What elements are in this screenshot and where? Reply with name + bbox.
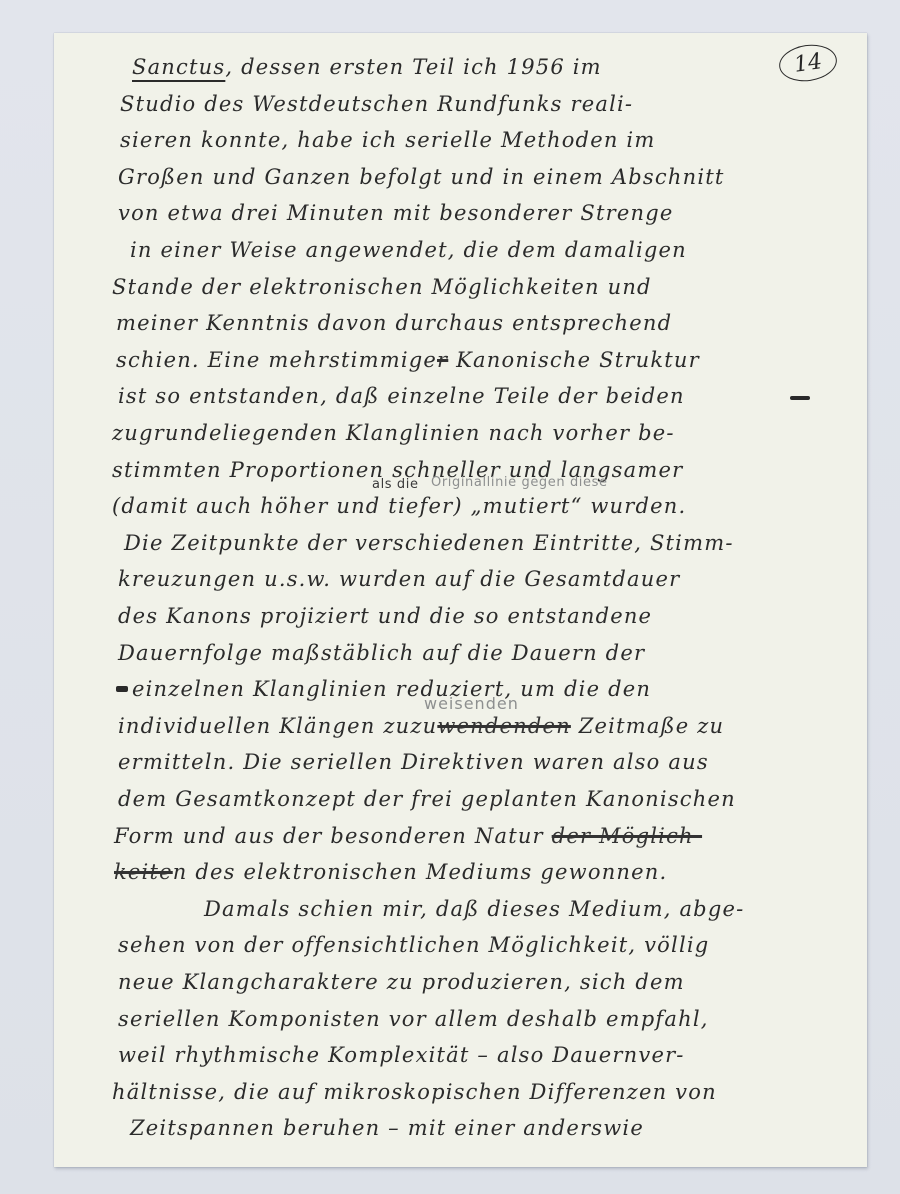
line-text: seriellen Komponisten vor allem deshalb … (118, 1007, 709, 1031)
line-text: hältnisse, die auf mikroskopischen Diffe… (112, 1080, 717, 1104)
struck-text: wendenden (437, 714, 571, 738)
manuscript-line-2: Studio des Westdeutschen Rundfunks reali… (120, 92, 633, 116)
line-text: neue Klangcharaktere zu produzieren, sic… (118, 970, 685, 994)
manuscript-line-28: weil rhythmische Komplexität – also Daue… (118, 1043, 685, 1067)
manuscript-line-27: seriellen Komponisten vor allem deshalb … (118, 1007, 709, 1031)
manuscript-line-10: ist so entstanden, daß einzelne Teile de… (118, 384, 685, 408)
pencil-correction: weisenden (424, 694, 519, 713)
line-text: Zeitmaße zu (571, 714, 724, 738)
manuscript-line-26: neue Klangcharaktere zu produzieren, sic… (118, 970, 685, 994)
manuscript-line-7: Stande der elektronischen Möglichkeiten … (112, 275, 652, 299)
line-text: ist so entstanden, daß einzelne Teile de… (118, 384, 685, 408)
manuscript-line-11: zugrundeliegenden Klanglinien nach vorhe… (112, 421, 675, 445)
line-text: Dauernfolge maßstäblich auf die Dauern d… (118, 641, 645, 665)
line-text: sieren konnte, habe ich serielle Methode… (120, 128, 655, 152)
manuscript-page: 14 Sanctus, dessen ersten Teil ich 1956 … (54, 33, 867, 1167)
line-text: sehen von der offensichtlichen Möglichke… (118, 933, 709, 957)
manuscript-line-14: Die Zeitpunkte der verschiedenen Eintrit… (124, 531, 734, 555)
manuscript-line-1: Sanctus, dessen ersten Teil ich 1956 im (132, 55, 602, 79)
line-text: individuellen Klängen zuzu (118, 714, 437, 738)
manuscript-line-18: einzelnen Klanglinien reduziert, um die … (132, 677, 651, 701)
manuscript-line-24: Damals schien mir, daß dieses Medium, ab… (204, 897, 744, 921)
manuscript-line-15: kreuzungen u.s.w. wurden auf die Gesamtd… (118, 567, 680, 591)
line-text: meiner Kenntnis davon durchaus entsprech… (116, 311, 672, 335)
line-text: Damals schien mir, daß dieses Medium, ab… (204, 897, 744, 921)
page-number-text: 14 (792, 49, 823, 78)
line-text: (damit auch höher und tiefer) „mutiert“ … (112, 494, 686, 518)
interlinear-insertion-ink: als die (372, 477, 419, 492)
line-text: von etwa drei Minuten mit besonderer Str… (118, 201, 673, 225)
manuscript-line-21: dem Gesamtkonzept der frei geplanten Kan… (118, 787, 736, 811)
line-text: , dessen ersten Teil ich 1956 im (225, 55, 601, 79)
line-text: in einer Weise angewendet, die dem damal… (130, 238, 687, 262)
line-text: kreuzungen u.s.w. wurden auf die Gesamtd… (118, 567, 680, 591)
struck-text: r (437, 348, 448, 372)
line-text: Großen und Ganzen befolgt und in einem A… (118, 165, 725, 189)
interlinear-insertion-pencil: Originallinie gegen diese (431, 475, 608, 490)
manuscript-line-4: Großen und Ganzen befolgt und in einem A… (118, 165, 725, 189)
line-text: Zeitspannen beruhen – mit einer anderswi… (130, 1116, 644, 1140)
manuscript-line-23: keiten des elektronischen Mediums gewonn… (114, 860, 667, 884)
line-text: dem Gesamtkonzept der frei geplanten Kan… (118, 787, 736, 811)
manuscript-line-20: ermitteln. Die seriellen Direktiven ware… (118, 750, 709, 774)
manuscript-line-9: schien. Eine mehrstimmiger Kanonische St… (116, 348, 700, 372)
manuscript-line-22: Form und aus der besonderen Natur der Mö… (114, 824, 702, 848)
line-text: weil rhythmische Komplexität – also Daue… (118, 1043, 685, 1067)
line-text: zugrundeliegenden Klanglinien nach vorhe… (112, 421, 675, 445)
line-text: des Kanons projiziert und die so entstan… (118, 604, 652, 628)
line-text: Die Zeitpunkte der verschiedenen Eintrit… (124, 531, 734, 555)
page-number-circled: 14 (777, 41, 839, 85)
line-text: Form und aus der besonderen Natur (114, 824, 552, 848)
manuscript-line-5: von etwa drei Minuten mit besonderer Str… (118, 201, 673, 225)
manuscript-line-30: Zeitspannen beruhen – mit einer anderswi… (130, 1116, 644, 1140)
line-text: Stande der elektronischen Möglichkeiten … (112, 275, 652, 299)
line-text: n des elektronischen Mediums gewonnen. (173, 860, 668, 884)
line-text: Kanonische Struktur (448, 348, 700, 372)
manuscript-line-3: sieren konnte, habe ich serielle Methode… (120, 128, 655, 152)
title-word-underlined: Sanctus (132, 55, 225, 79)
manuscript-line-8: meiner Kenntnis davon durchaus entsprech… (116, 311, 672, 335)
line-text: schien. Eine mehrstimmige (116, 348, 437, 372)
struck-text: keite (114, 860, 173, 884)
line-text: Studio des Westdeutschen Rundfunks reali… (120, 92, 633, 116)
manuscript-line-19: individuellen Klängen zuzuwendenden Zeit… (118, 714, 724, 738)
ink-strike-mark (790, 396, 810, 400)
struck-text: der Möglich- (552, 824, 702, 848)
manuscript-line-13: (damit auch höher und tiefer) „mutiert“ … (112, 494, 686, 518)
manuscript-line-25: sehen von der offensichtlichen Möglichke… (118, 933, 709, 957)
manuscript-line-17: Dauernfolge maßstäblich auf die Dauern d… (118, 641, 645, 665)
manuscript-line-16: des Kanons projiziert und die so entstan… (118, 604, 652, 628)
line-text: ermitteln. Die seriellen Direktiven ware… (118, 750, 709, 774)
ink-blot-mark (116, 686, 128, 692)
manuscript-line-6: in einer Weise angewendet, die dem damal… (130, 238, 687, 262)
manuscript-line-29: hältnisse, die auf mikroskopischen Diffe… (112, 1080, 717, 1104)
line-text: einzelnen Klanglinien reduziert, um die … (132, 677, 651, 701)
